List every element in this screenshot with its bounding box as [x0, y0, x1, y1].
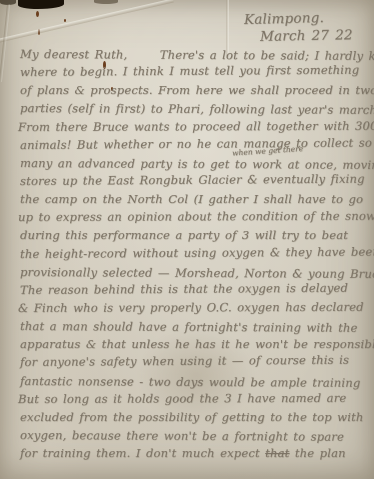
letter-line: animals! But whether or no he can manage…: [20, 133, 374, 154]
letter-line: for anyone's safety when using it — of c…: [20, 351, 374, 372]
letter-line: stores up the East Rongbuk Glacier & eve…: [20, 169, 374, 190]
letter-paper: Kalimpong. March 27 22 My dearest Ruth, …: [0, 0, 374, 479]
letter-line: during this performance a party of 3 wil…: [20, 226, 374, 244]
letter-line: where to begin. I think I must tell you …: [20, 61, 374, 82]
paper-crease: [0, 4, 10, 82]
ink-speck: [36, 11, 39, 17]
torn-corner-stain: [18, 0, 64, 9]
ink-speck: [64, 19, 66, 22]
letter-line: excluded from the possibility of getting…: [20, 408, 374, 426]
letterhead-date: March 27 22: [260, 27, 353, 45]
letter-line: oxygen, because there won't be a fortnig…: [20, 426, 374, 446]
edge-stain: [94, 0, 118, 4]
letter-line: for training them. I don't much expect t…: [20, 444, 374, 462]
letter-line: But so long as it holds good the 3 I hav…: [18, 388, 374, 407]
letter-line: of plans & prospects. From here we shall…: [20, 81, 374, 99]
letter-line: that a man should have a fortnight's tra…: [20, 317, 374, 337]
ink-speck: [38, 29, 40, 35]
letter-line: up to express an opinion about the condi…: [18, 207, 374, 226]
letter-line: From there Bruce wants to proceed all to…: [18, 116, 374, 135]
last-line-pre: for training them. I don't much expect: [20, 446, 265, 460]
letter-line: the height-record without using oxygen &…: [20, 242, 374, 263]
salutation: My dearest Ruth,: [20, 45, 127, 64]
edge-stain: [0, 0, 16, 5]
letter-body: My dearest Ruth, There's a lot to be sai…: [20, 45, 374, 462]
letterhead-place: Kalimpong.: [244, 10, 324, 28]
last-line-post: the plan: [289, 446, 345, 460]
letter-line: & Finch who is very properly O.C. oxygen…: [18, 298, 374, 317]
struck-word: that: [265, 446, 289, 460]
letter-line: The reason behind this is that the oxyge…: [20, 278, 374, 299]
letter-line: the camp on the North Col (I gather I sh…: [20, 190, 374, 208]
